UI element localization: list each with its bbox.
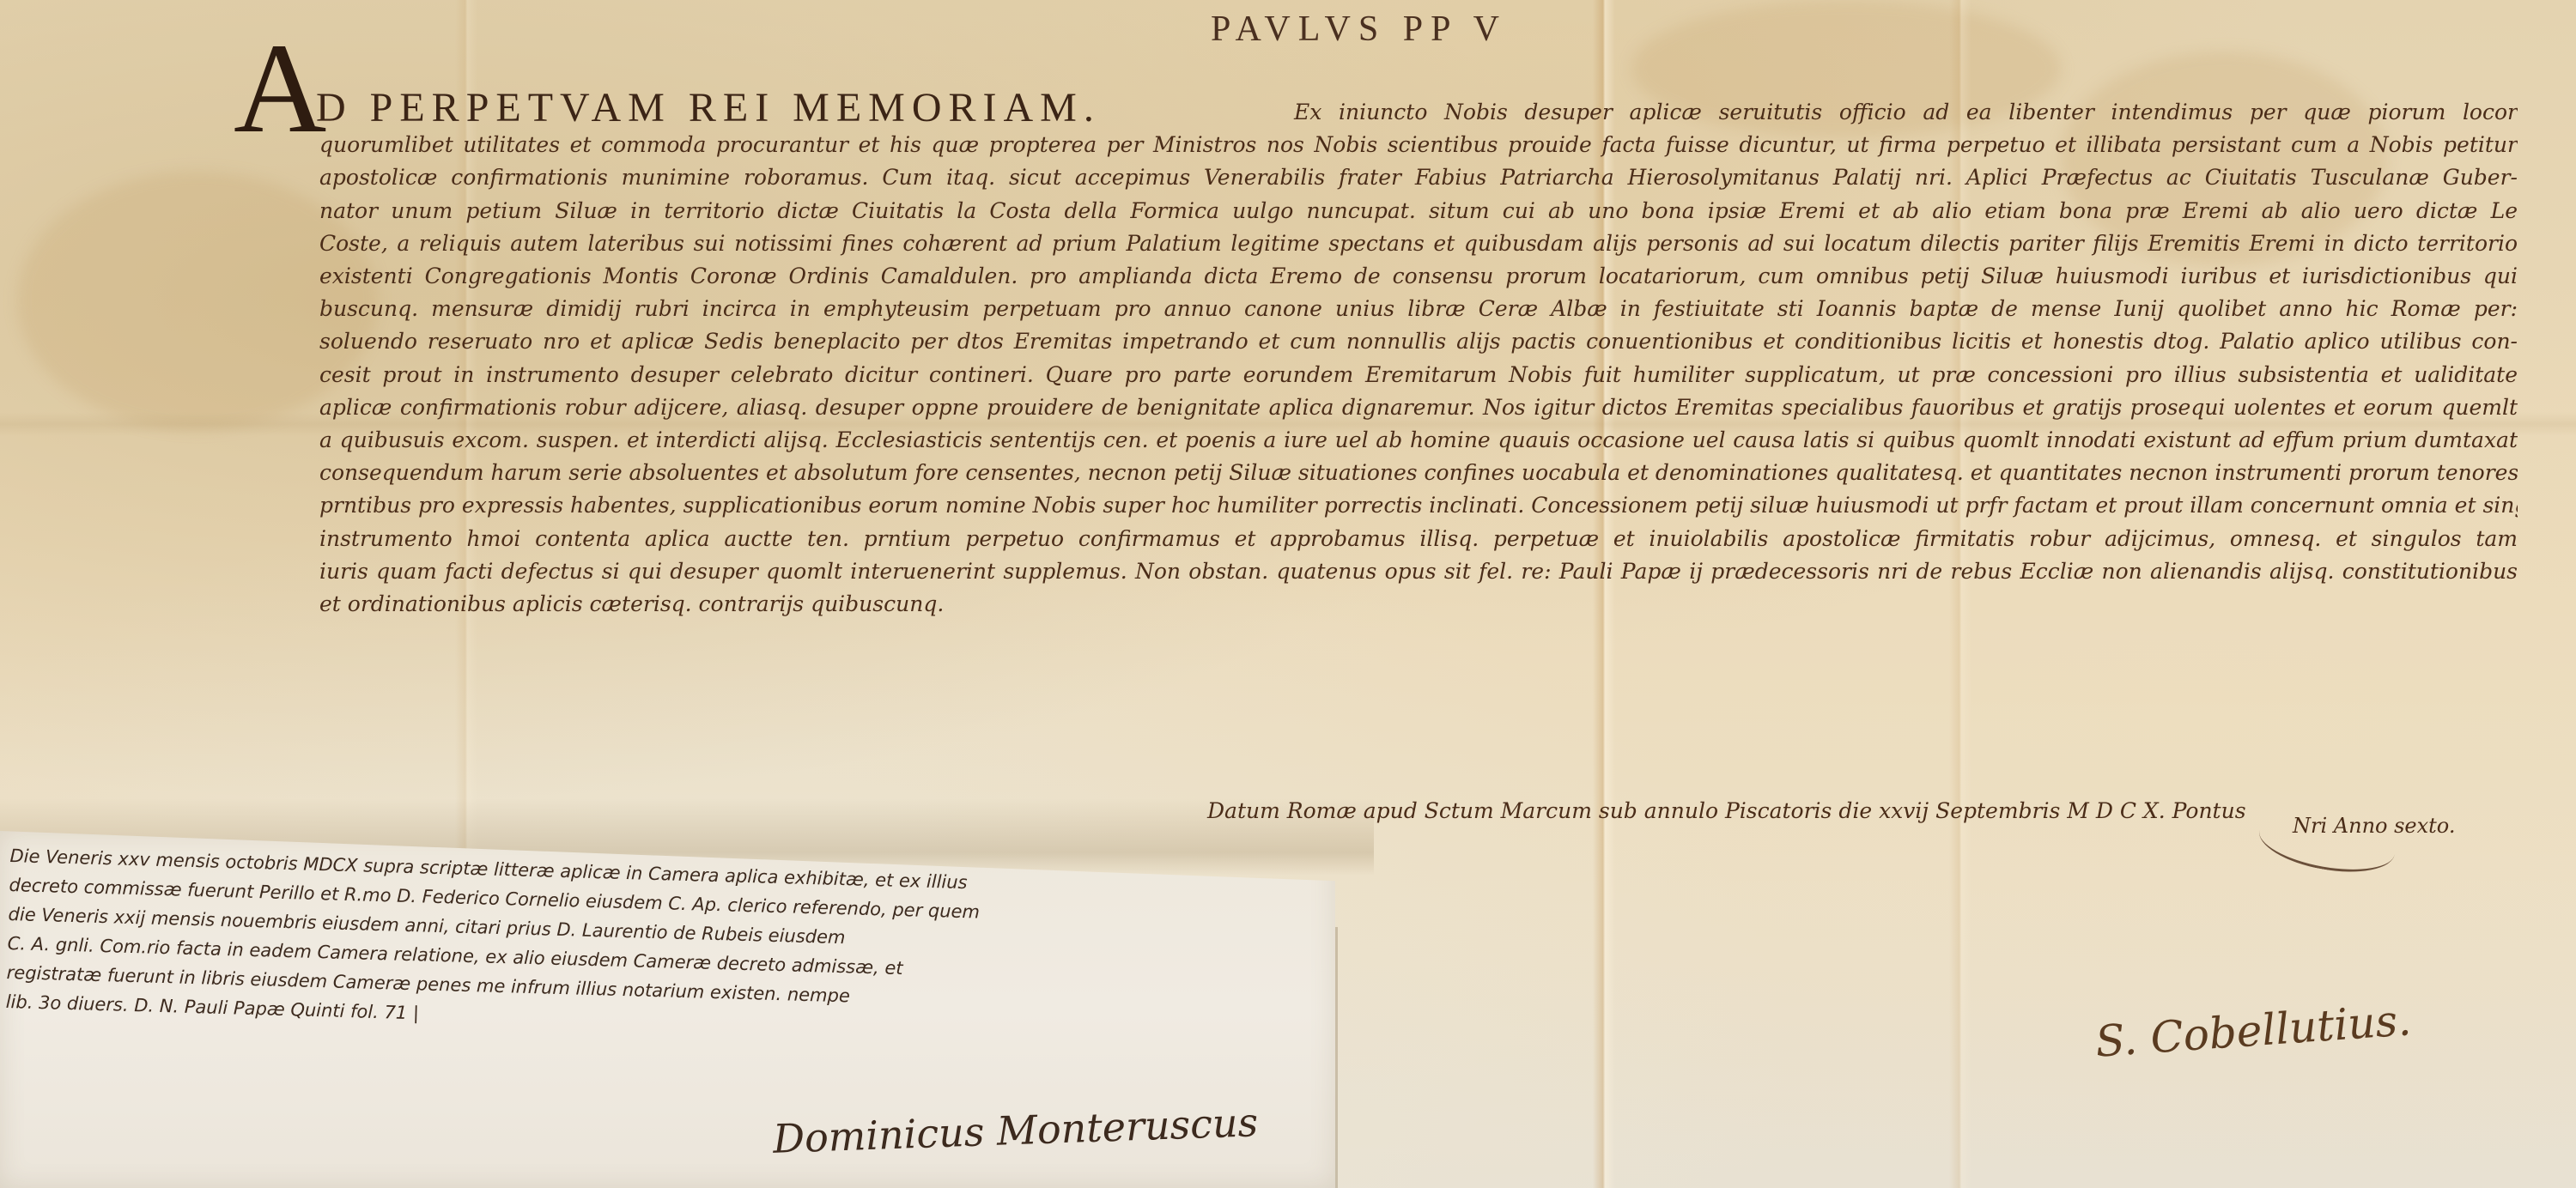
- dating-clause: Datum Romæ apud Sctum Marcum sub annulo …: [1207, 798, 2246, 823]
- body-line: apostolicæ confirmationis munimine robor…: [319, 161, 2518, 194]
- body-line: nator unum petium Siluæ in territorio di…: [319, 195, 2518, 227]
- papal-heading: PAVLVS PP V: [1211, 9, 1507, 50]
- registration-note: Die Veneris xxv mensis octobris MDCX sup…: [5, 841, 1315, 1052]
- body-line: aplicæ confirmationis robur adijcere, al…: [319, 391, 2518, 424]
- body-line: et ordinationibus aplicis cæterisq. cont…: [319, 588, 1178, 621]
- flap-edge: [1335, 927, 1338, 1188]
- body-line: existenti Congregationis Montis Coronæ O…: [319, 260, 2518, 293]
- body-line: instrumento hmoi contenta aplica auctte …: [319, 523, 2518, 555]
- body-line: soluendo reseruato nro et aplicæ Sedis b…: [319, 325, 2518, 358]
- body-line: Coste, a reliquis autem lateribus sui no…: [319, 227, 2518, 260]
- body-line: a quibusuis excom. suspen. et interdicti…: [319, 424, 2518, 457]
- body-line: iuris quam facti defectus si qui desuper…: [319, 555, 2518, 588]
- body-line: prntibus pro expressis habentes, supplic…: [319, 489, 2518, 522]
- decorated-initial: A: [234, 24, 326, 153]
- body-line: quorumlibet utilitates et commoda procur…: [319, 129, 2518, 161]
- body-line: cesit prout in instrumento desuper celeb…: [319, 359, 2518, 391]
- body-line: buscunq. mensuræ dimidij rubri incirca i…: [319, 293, 2518, 325]
- pontifical-year: Nri Anno sexto.: [2293, 814, 2455, 838]
- brief-body-text: Ex iniuncto Nobis desuper aplicæ seruitu…: [319, 130, 2518, 621]
- body-line: Ex iniuncto Nobis desuper aplicæ seruitu…: [319, 96, 2518, 129]
- body-line: consequendum harum serie absoluentes et …: [319, 457, 2518, 489]
